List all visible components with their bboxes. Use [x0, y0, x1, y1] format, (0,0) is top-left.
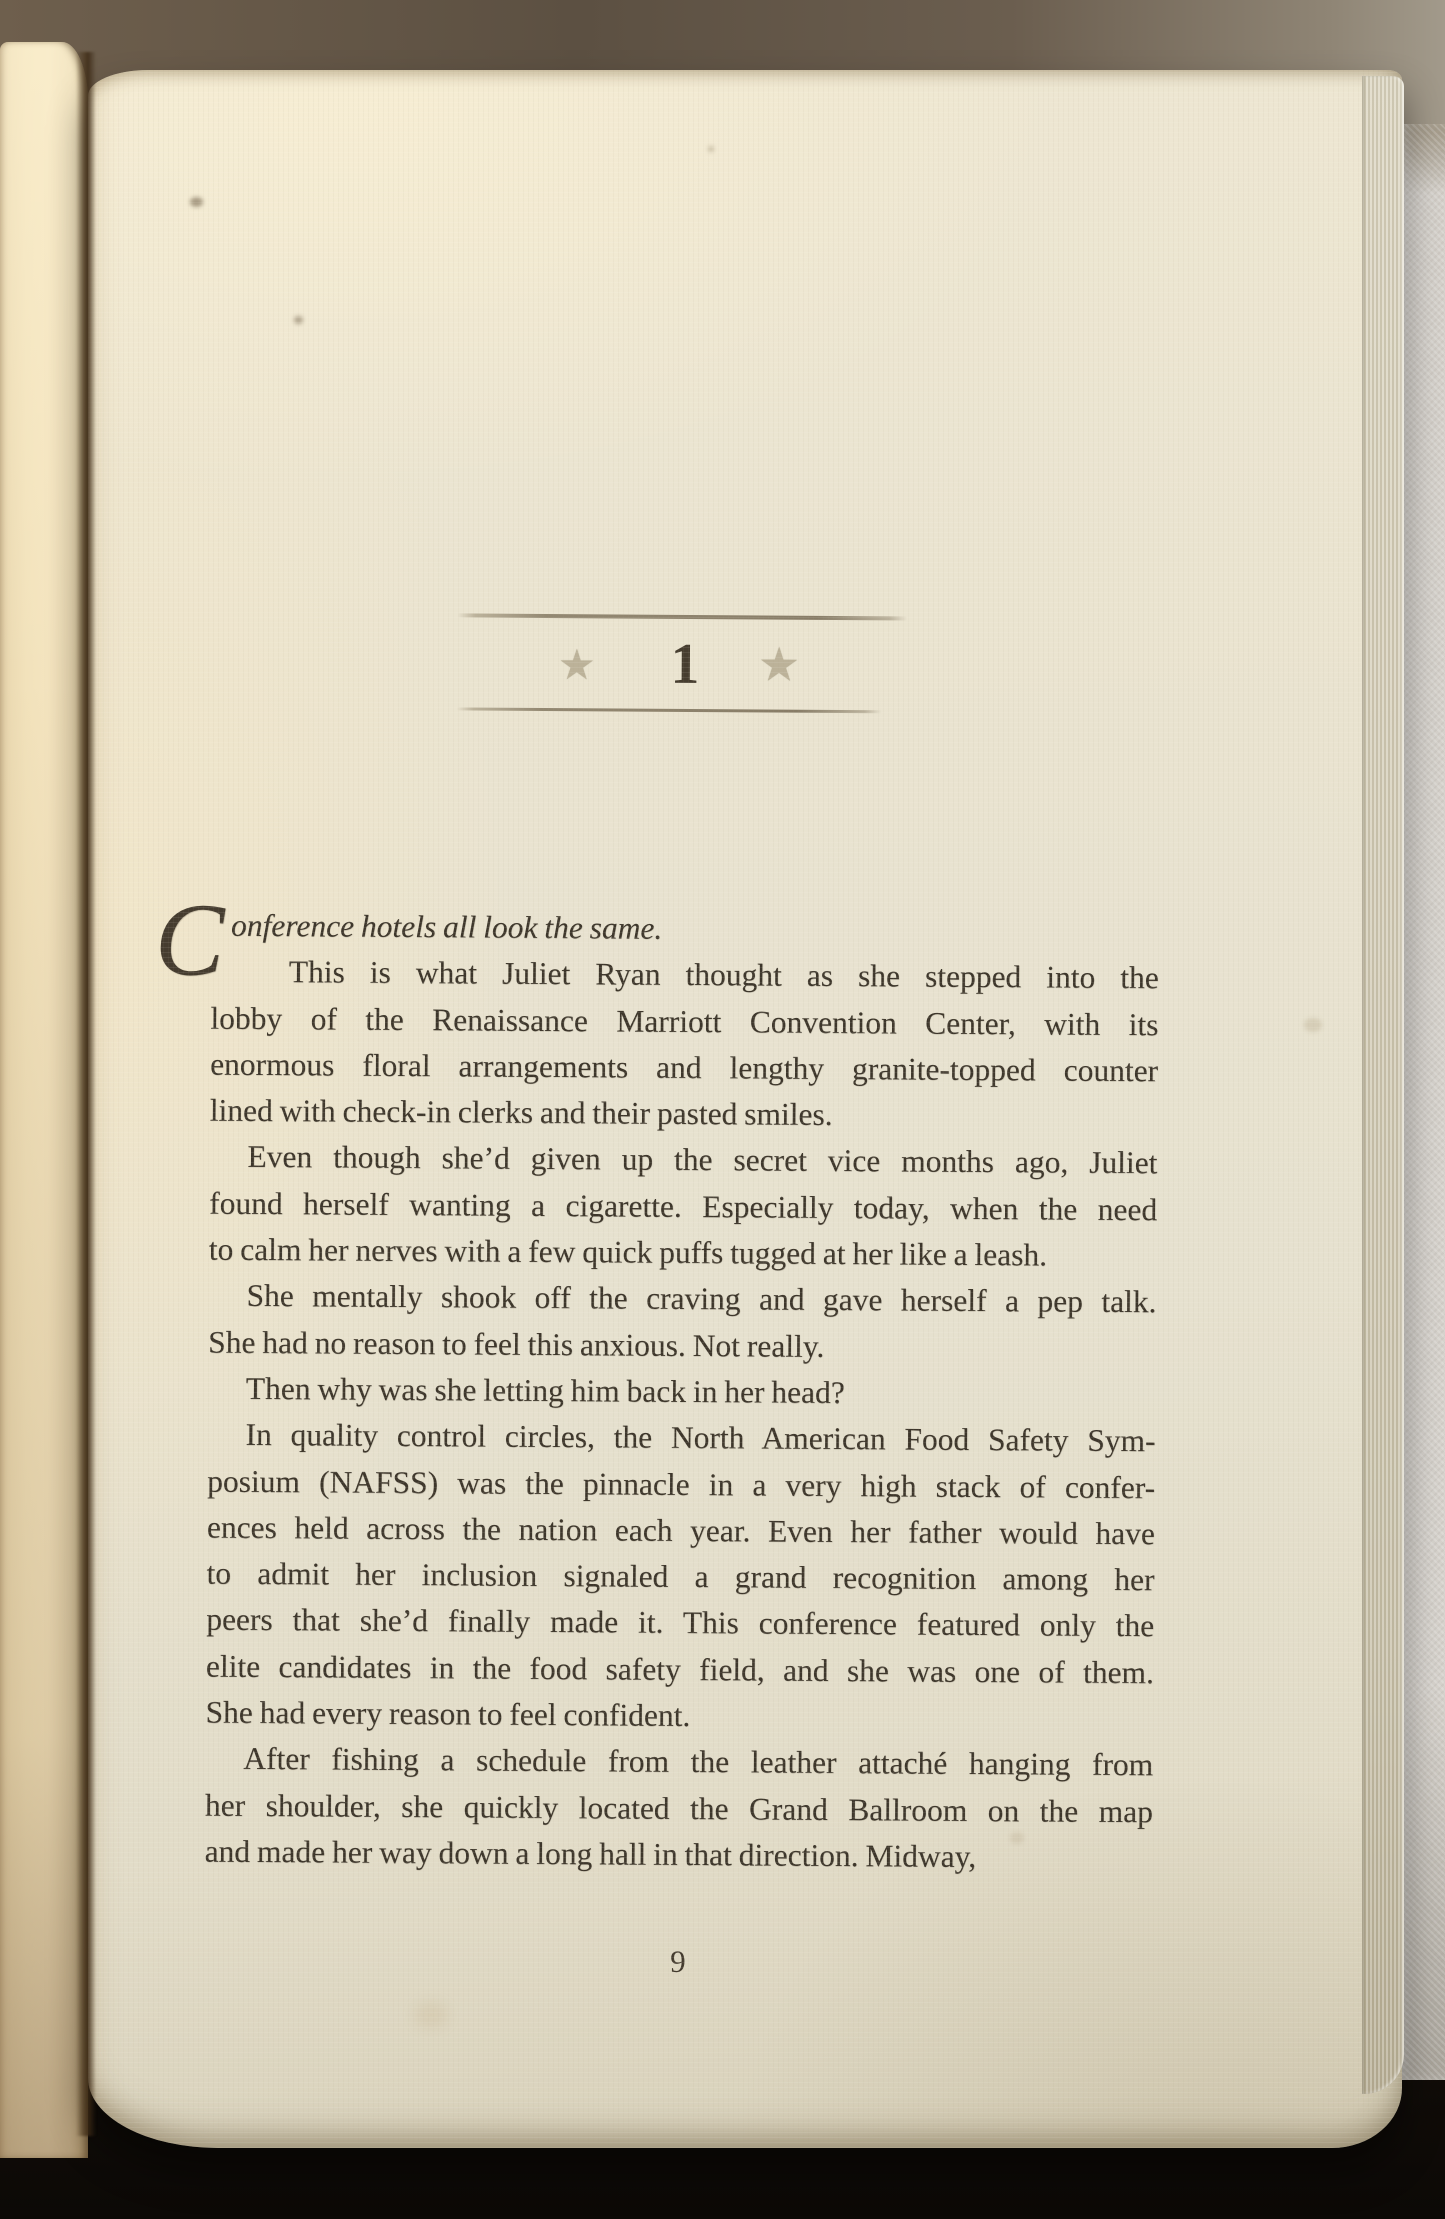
text-line: She had no reason to feel this anxious. … [208, 1319, 1156, 1372]
ornament-rule-top [457, 613, 907, 620]
ornament-rule-bottom [457, 707, 882, 713]
text-line: She mentally shook off the craving and g… [208, 1273, 1156, 1326]
text-line: This is what Juliet Ryan thought as she … [211, 949, 1159, 1002]
text-line: peers that she’d finally made it. This c… [206, 1597, 1154, 1650]
text-line: enormous floral arrangements and lengthy… [210, 1042, 1158, 1095]
text-line: found herself wanting a cigarette. Espec… [209, 1180, 1157, 1233]
page-content: ★ 1 ★ C onference hotels all look the sa… [80, 66, 1408, 2153]
text-line: to calm her nerves with a few quick puff… [209, 1227, 1157, 1280]
text-line: lobby of the Renaissance Marriott Conven… [210, 995, 1158, 1048]
text-line: her shoulder, she quickly located the Gr… [205, 1782, 1153, 1835]
book-photo-scene: ★ 1 ★ C onference hotels all look the sa… [0, 0, 1445, 2219]
chapter-number: 1 [650, 632, 720, 696]
text-line: Even though she’d given up the secret vi… [209, 1134, 1157, 1187]
chapter-ornament: ★ 1 ★ [450, 606, 916, 721]
page-number: 9 [204, 1941, 1152, 1984]
text-line: and made her way down a long hall in tha… [204, 1829, 1152, 1882]
right-fore-edge [1362, 76, 1404, 2094]
star-icon: ★ [758, 642, 800, 689]
body-text: C onference hotels all look the same. Th… [204, 903, 1159, 1882]
left-page-edges [0, 42, 88, 2158]
gutter-shadow [76, 52, 96, 2136]
text-line: to admit her inclusion signaled a grand … [206, 1551, 1154, 1604]
text-line: After fishing a schedule from the leathe… [205, 1736, 1153, 1789]
book-page: ★ 1 ★ C onference hotels all look the sa… [88, 70, 1402, 2148]
text-line: ences held across the nation each year. … [207, 1504, 1155, 1557]
text-line: She had every reason to feel confident. [205, 1690, 1153, 1743]
text-line: elite candidates in the food safety fiel… [206, 1643, 1154, 1696]
text-line: In quality control circles, the North Am… [207, 1412, 1155, 1465]
text-line: posium (NAFSS) was the pinnacle in a ver… [207, 1458, 1155, 1511]
text-line: onference hotels all look the same. [211, 903, 1159, 956]
text-line: lined with check-in clerks and their pas… [210, 1088, 1158, 1141]
text-line: Then why was she letting him back in her… [208, 1366, 1156, 1419]
star-icon: ★ [558, 645, 596, 687]
